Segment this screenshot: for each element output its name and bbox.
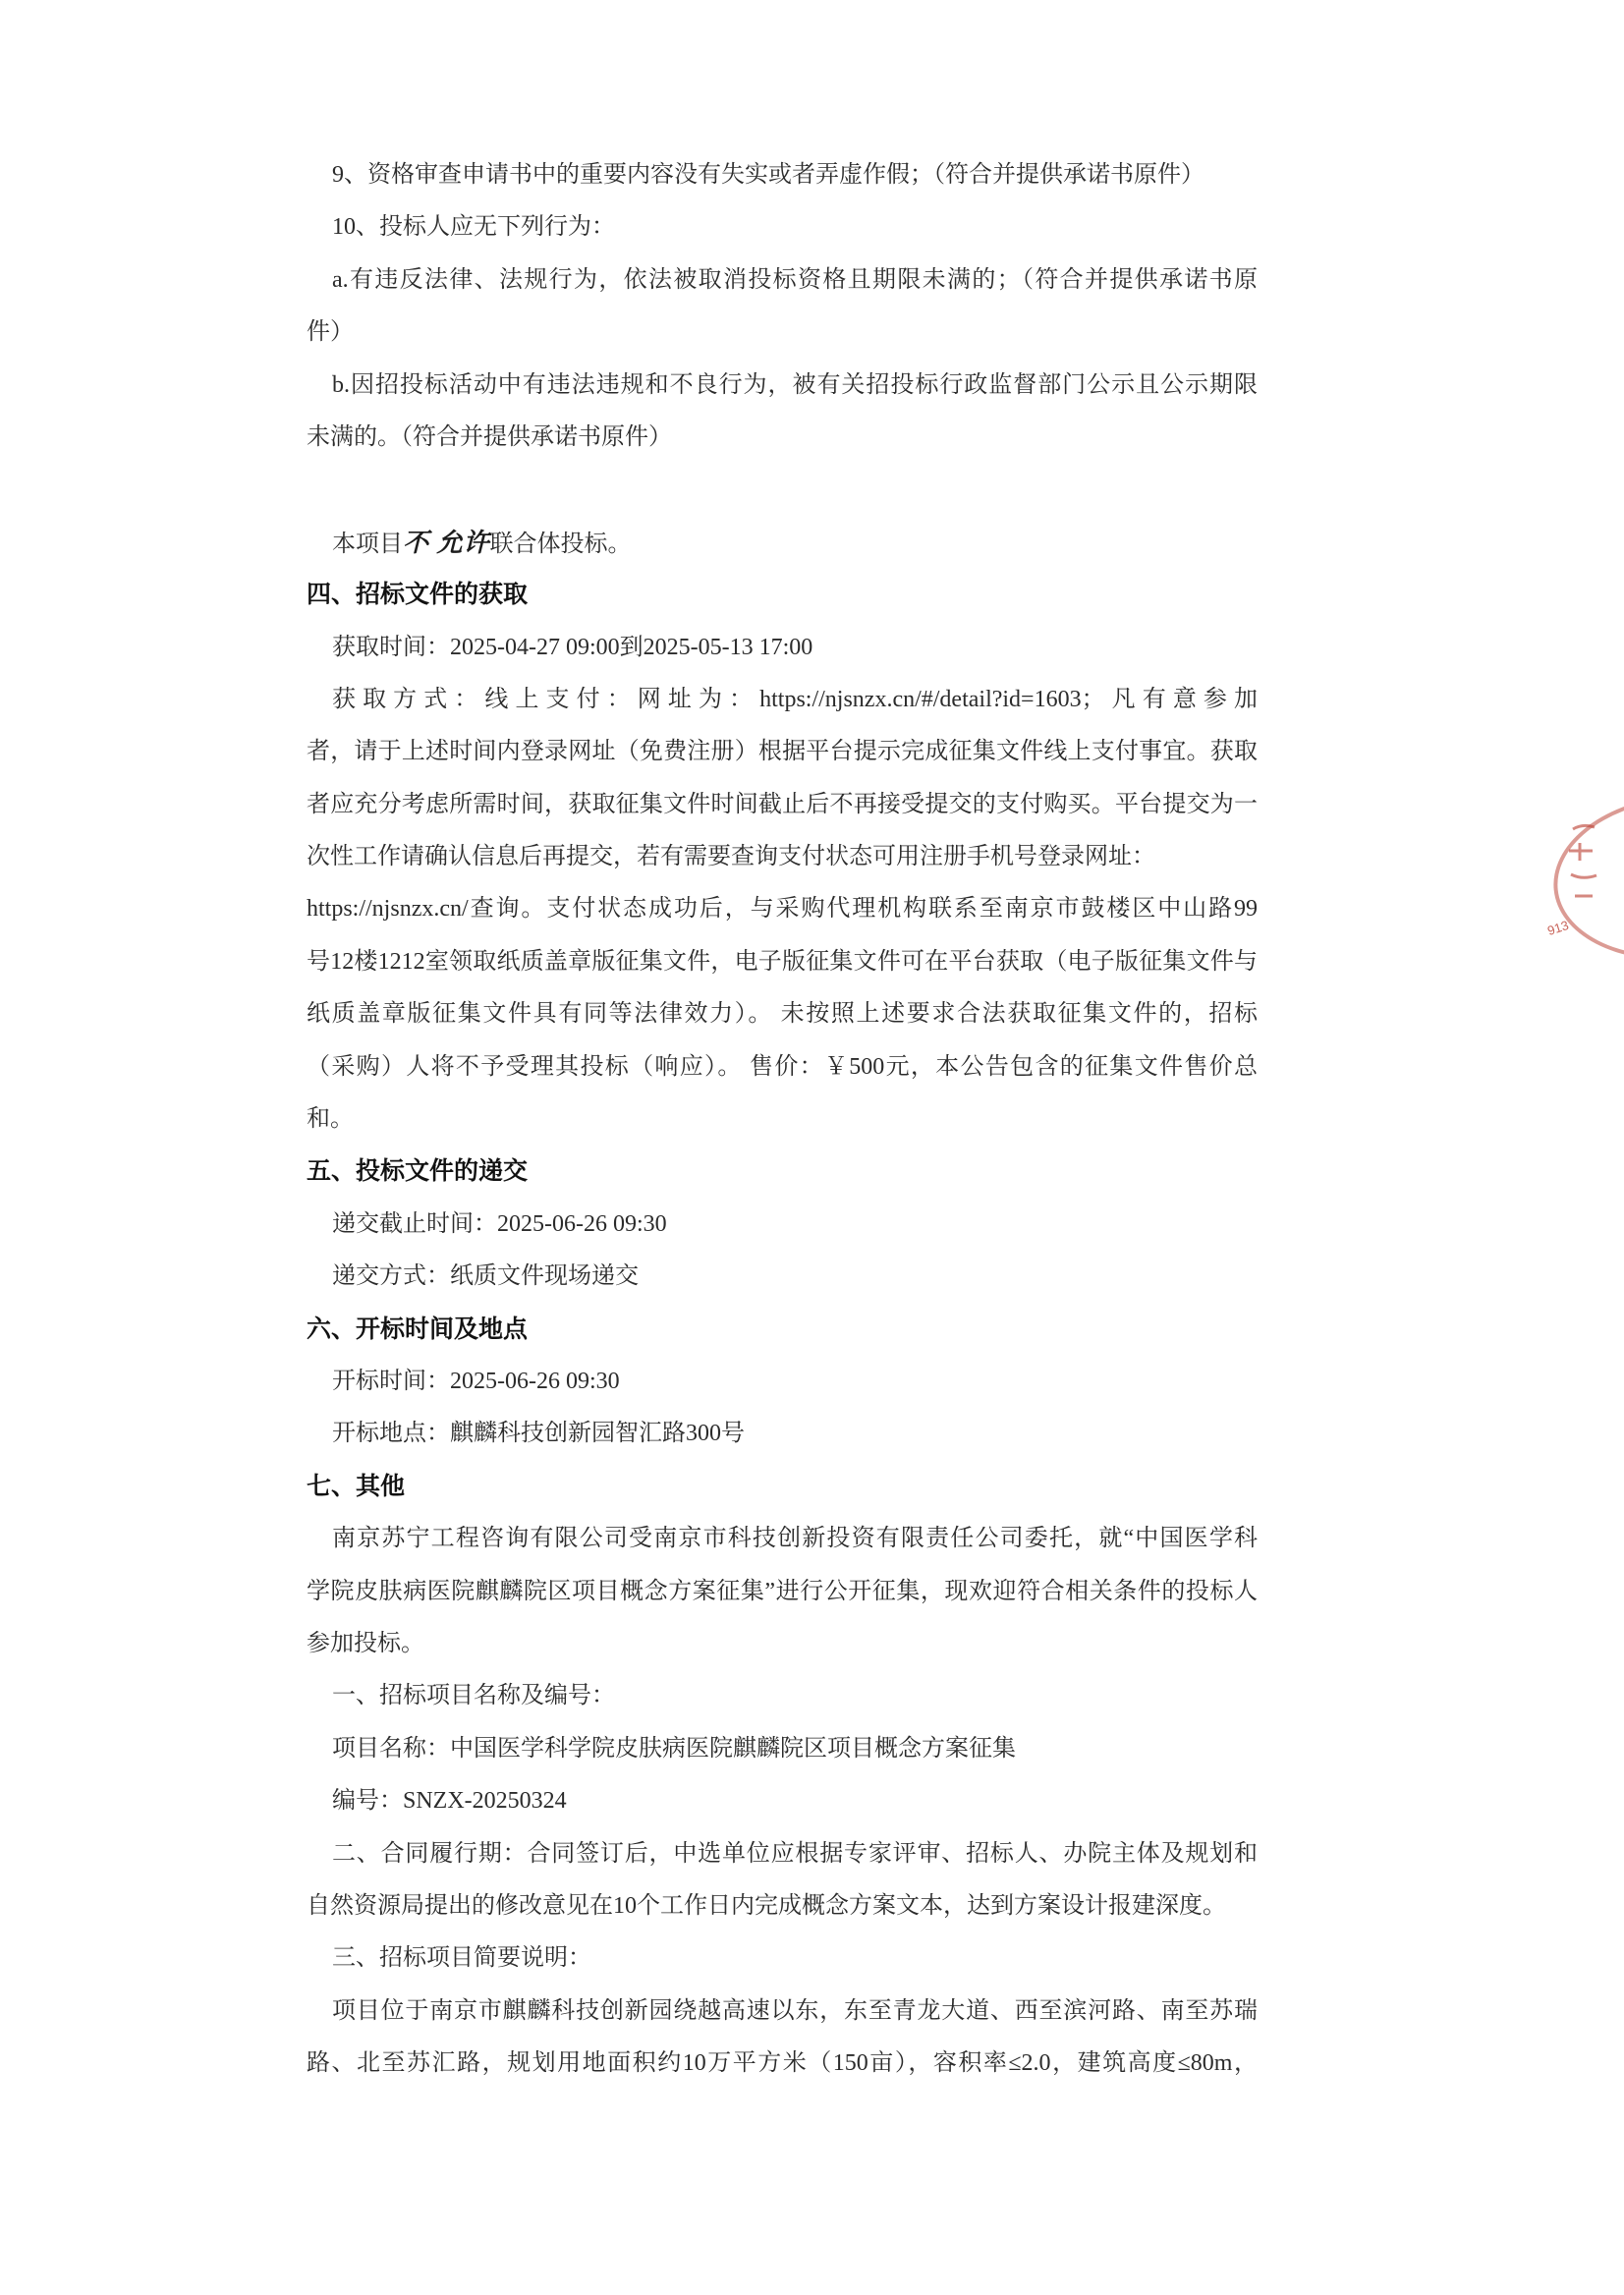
section-heading: 六、开标时间及地点 <box>307 1304 1258 1356</box>
section-heading: 五、投标文件的递交 <box>307 1146 1258 1198</box>
text-line: 路、北至苏汇路，规划用地面积约10万平方米（150亩），容积率≤2.0，建筑高度… <box>307 2038 1258 2090</box>
text-line: 南京苏宁工程咨询有限公司受南京市科技创新投资有限责任公司委托，就“中国医学科 <box>307 1513 1258 1565</box>
text-line: 获取时间：2025-04-27 09:00到2025-05-13 17:00 <box>307 622 1258 674</box>
section-heading: 四、招标文件的获取 <box>307 569 1258 621</box>
text-line: 编号：SNZX-20250324 <box>307 1775 1258 1827</box>
text-line: 参加投标。 <box>307 1618 1258 1670</box>
text-line: 次性工作请确认信息后再提交，若有需要查询支付状态可用注册手机号登录网址： <box>307 831 1258 883</box>
text-segment: 联合体投标。 <box>490 532 632 557</box>
text-line: 9、资格审查申请书中的重要内容没有失实或者弄虚作假；（符合并提供承诺书原件） <box>307 149 1258 201</box>
emphasis-text: 不 允许 <box>403 529 490 557</box>
text-line: b.因招投标活动中有违法违规和不良行为，被有关招投标行政监督部门公示且公示期限 <box>307 360 1258 412</box>
seal-number-text: 913 <box>1545 918 1570 938</box>
text-line: 获取方式：线上支付：网址为：https://njsnzx.cn/#/detail… <box>307 674 1258 726</box>
blank-line <box>307 464 1258 516</box>
text-line: 二、合同履行期：合同签订后，中选单位应根据专家评审、招标人、办院主体及规划和 <box>307 1828 1258 1880</box>
text-line: 递交方式：纸质文件现场递交 <box>307 1251 1258 1303</box>
seal-circle-icon <box>1545 792 1624 959</box>
section-heading: 七、其他 <box>307 1461 1258 1513</box>
text-line: 三、招标项目简要说明： <box>307 1932 1258 1985</box>
text-line: 项目位于南京市麒麟科技创新园绕越高速以东，东至青龙大道、西至滨河路、南至苏瑞 <box>307 1986 1258 2038</box>
text-line: 未满的。（符合并提供承诺书原件） <box>307 412 1258 464</box>
text-line: （采购）人将不予受理其投标（响应）。 售价：￥500元，本公告包含的征集文件售价… <box>307 1041 1258 1093</box>
text-line: a.有违反法律、法规行为，依法被取消投标资格且期限未满的；（符合并提供承诺书原 <box>307 254 1258 307</box>
red-seal-stamp: 913 <box>1540 792 1624 959</box>
text-line: 开标时间：2025-06-26 09:30 <box>307 1356 1258 1408</box>
text-line: 自然资源局提出的修改意见在10个工作日内完成概念方案文本，达到方案设计报建深度。 <box>307 1880 1258 1932</box>
text-line: 递交截止时间：2025-06-26 09:30 <box>307 1199 1258 1251</box>
text-line: https://njsnzx.cn/查询。支付状态成功后，与采购代理机构联系至南… <box>307 883 1258 935</box>
text-line: 件） <box>307 307 1258 359</box>
text-line: 和。 <box>307 1093 1258 1146</box>
text-line: 本项目不 允许联合体投标。 <box>307 517 1258 569</box>
text-line: 者应充分考虑所需时间，获取征集文件时间截止后不再接受提交的支付购买。平台提交为一 <box>307 779 1258 831</box>
text-line: 者，请于上述时间内登录网址（免费注册）根据平台提示完成征集文件线上支付事宜。获取 <box>307 726 1258 778</box>
text-line: 10、投标人应无下列行为： <box>307 201 1258 253</box>
document-page: 9、资格审查申请书中的重要内容没有失实或者弄虚作假；（符合并提供承诺书原件）10… <box>0 0 1624 2295</box>
seal-character-marks-icon <box>1559 817 1618 925</box>
text-line: 纸质盖章版征集文件具有同等法律效力）。 未按照上述要求合法获取征集文件的，招标 <box>307 988 1258 1040</box>
text-line: 项目名称：中国医学科学院皮肤病医院麒麟院区项目概念方案征集 <box>307 1723 1258 1775</box>
text-line: 号12楼1212室领取纸质盖章版征集文件，电子版征集文件可在平台获取（电子版征集… <box>307 936 1258 988</box>
document-body: 9、资格审查申请书中的重要内容没有失实或者弄虚作假；（符合并提供承诺书原件）10… <box>307 149 1258 2090</box>
text-segment: 本项目 <box>332 532 403 557</box>
text-line: 开标地点：麒麟科技创新园智汇路300号 <box>307 1408 1258 1460</box>
text-line: 学院皮肤病医院麒麟院区项目概念方案征集”进行公开征集，现欢迎符合相关条件的投标人 <box>307 1566 1258 1618</box>
text-line: 一、招标项目名称及编号： <box>307 1670 1258 1722</box>
